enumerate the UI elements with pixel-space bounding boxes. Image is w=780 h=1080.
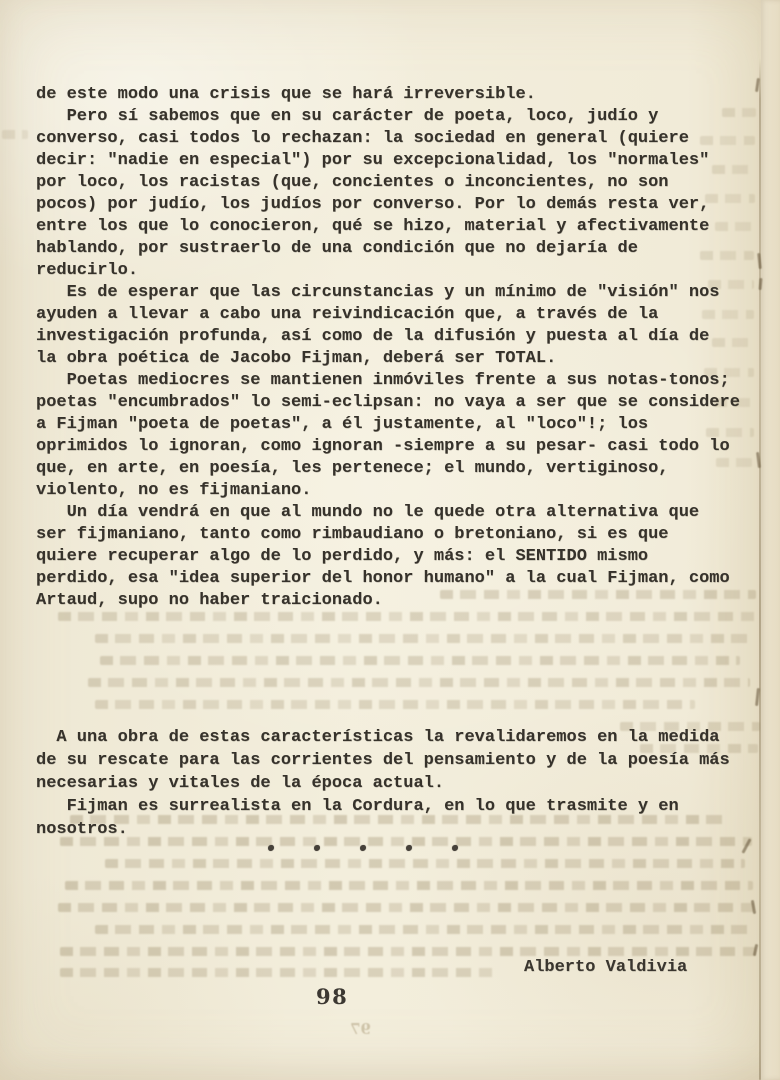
- crease-nick: [755, 688, 760, 706]
- crease-nick: [751, 900, 756, 914]
- crease-nick: [758, 278, 762, 290]
- crease-nick: [755, 78, 760, 92]
- crease-marks-layer: [0, 0, 780, 1080]
- crease-nick: [757, 253, 762, 269]
- crease-nick: [753, 944, 758, 956]
- crease-nick: [756, 452, 761, 468]
- crease-nick: [741, 838, 751, 854]
- scanned-page: de este modo una crisis que se hará irre…: [0, 0, 780, 1080]
